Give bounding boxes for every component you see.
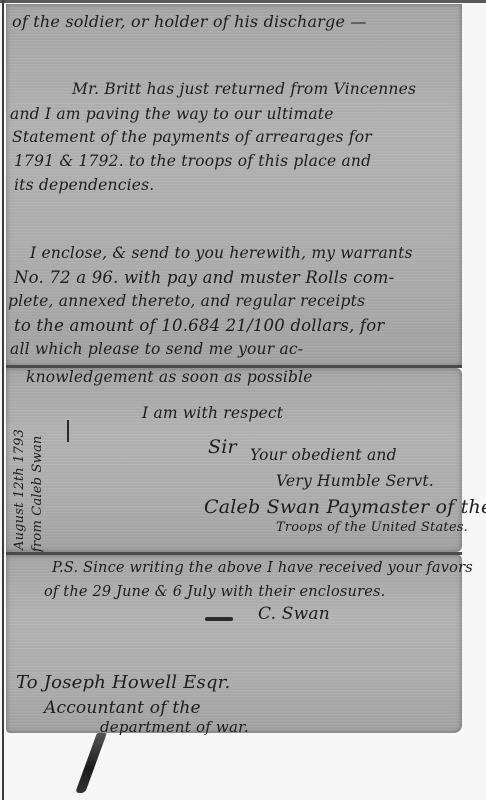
address-line: Accountant of the xyxy=(44,698,201,718)
scan-left-edge xyxy=(2,0,4,800)
address-line: department of war. xyxy=(100,718,249,736)
docket-from: from Caleb Swan xyxy=(30,436,45,552)
ink-mark xyxy=(67,420,69,442)
letter-line: to the amount of 10.684 21/100 dollars, … xyxy=(14,316,384,335)
closing-line: I am with respect xyxy=(142,404,283,422)
letter-line: its dependencies. xyxy=(14,176,154,194)
letter-line: I enclose, & send to you herewith, my wa… xyxy=(30,244,413,262)
letter-line: Mr. Britt has just returned from Vincenn… xyxy=(72,80,416,98)
salutation: Sir xyxy=(208,436,237,458)
postscript-line: of the 29 June & 6 July with their enclo… xyxy=(44,584,385,600)
letter-line: No. 72 a 96. with pay and muster Rolls c… xyxy=(14,268,394,287)
letter-line: and I am paving the way to our ultimate xyxy=(10,105,334,123)
docket-date: August 12th 1793 xyxy=(12,429,27,550)
postscript-line: P.S. Since writing the above I have rece… xyxy=(52,560,473,576)
closing-line: Very Humble Servt. xyxy=(276,472,434,490)
closing-line: Your obedient and xyxy=(250,446,397,464)
address-line: To Joseph Howell Esqr. xyxy=(16,672,230,693)
letter-line: plete, annexed thereto, and regular rece… xyxy=(8,292,365,310)
seal-ribbon xyxy=(75,733,107,793)
letter-line: Statement of the payments of arrearages … xyxy=(12,128,372,146)
scan-top-edge xyxy=(0,0,486,3)
letter-line: 1791 & 1792. to the troops of this place… xyxy=(14,152,371,170)
ps-signature: C. Swan xyxy=(258,604,330,624)
signature-title: Troops of the United States. xyxy=(276,520,468,535)
letter-line: all which please to send me your ac- xyxy=(10,340,303,358)
signature: Caleb Swan Paymaster of the xyxy=(204,496,486,518)
letter-line: knowledgement as soon as possible xyxy=(26,368,313,386)
letter-line: of the soldier, or holder of his dischar… xyxy=(12,12,367,31)
ink-dash xyxy=(205,617,233,621)
